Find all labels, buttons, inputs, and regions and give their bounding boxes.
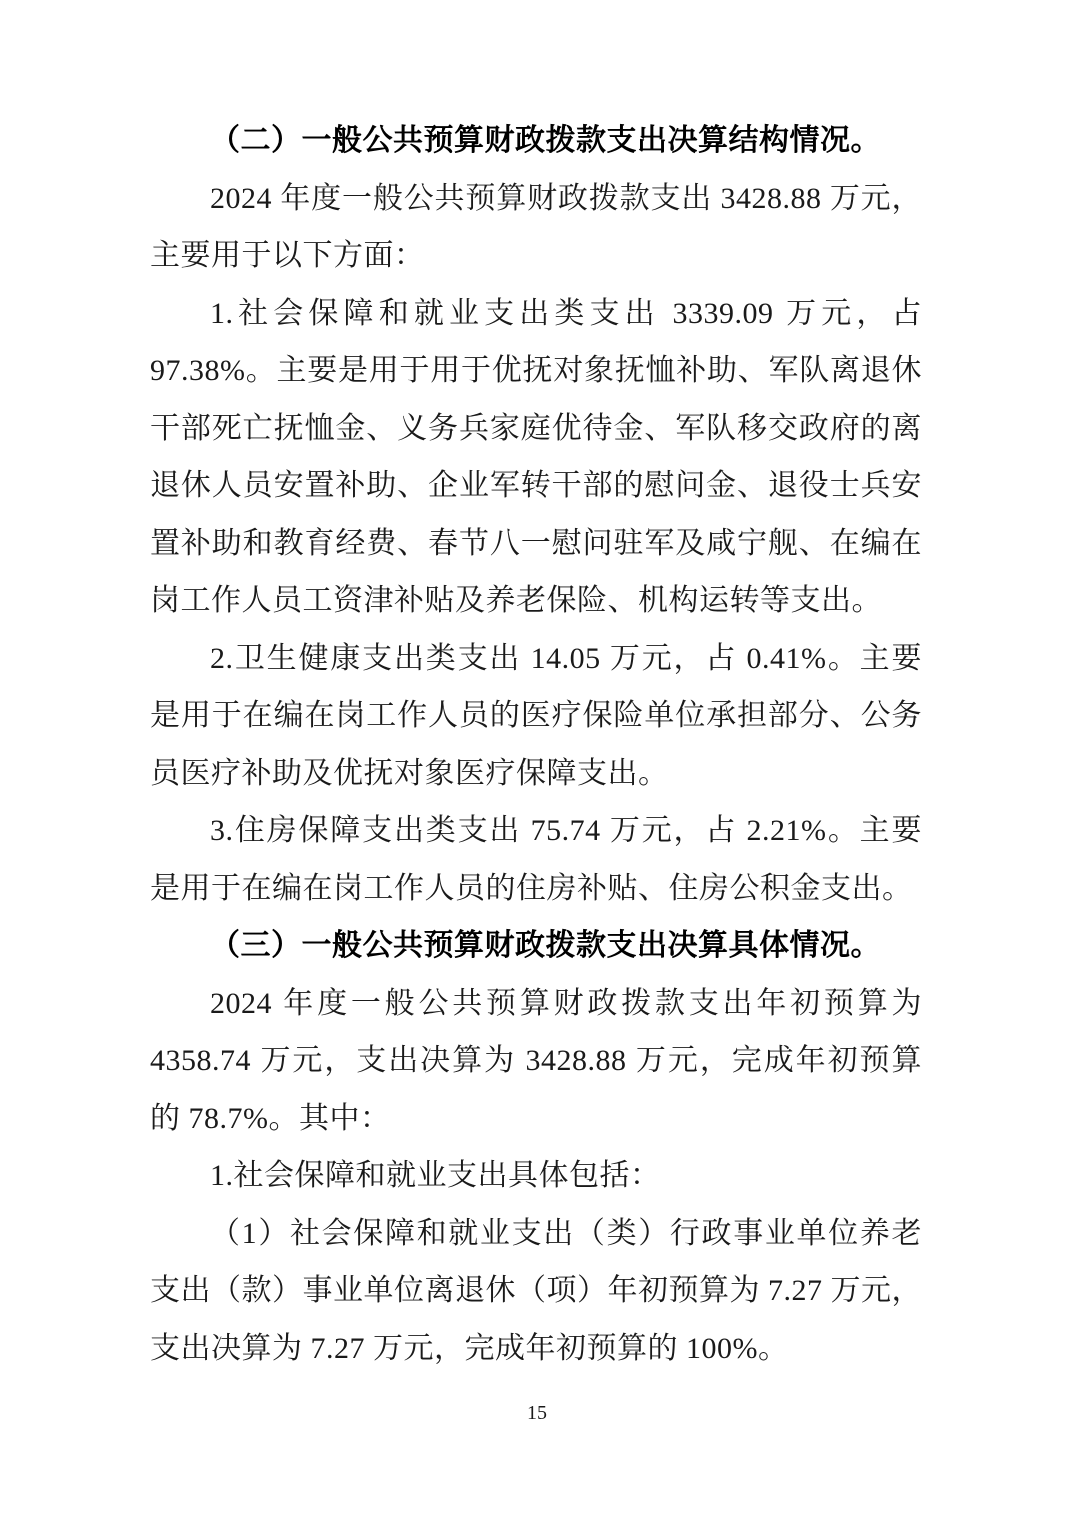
paragraph-pension-item-detail: （1）社会保障和就业支出（类）行政事业单位养老支出（款）事业单位离退休（项）年初… <box>150 1205 922 1378</box>
paragraph-housing-expenditure: 3.住房保障支出类支出 75.74 万元，占 2.21%。主要是用于在编在岗工作… <box>150 802 922 917</box>
page-number: 15 <box>0 1402 1074 1425</box>
document-page: （二）一般公共预算财政拨款支出决算结构情况。 2024 年度一般公共预算财政拨款… <box>0 0 1074 1520</box>
paragraph-total-expenditure: 2024 年度一般公共预算财政拨款支出 3428.88 万元，主要用于以下方面： <box>150 170 922 285</box>
paragraph-budget-completion: 2024 年度一般公共预算财政拨款支出年初预算为 4358.74 万元，支出决算… <box>150 975 922 1148</box>
paragraph-health-expenditure: 2.卫生健康支出类支出 14.05 万元，占 0.41%。主要是用于在编在岗工作… <box>150 630 922 803</box>
document-body: （二）一般公共预算财政拨款支出决算结构情况。 2024 年度一般公共预算财政拨款… <box>150 112 922 1377</box>
section-heading-expenditure-structure: （二）一般公共预算财政拨款支出决算结构情况。 <box>150 112 922 170</box>
paragraph-social-security-includes: 1.社会保障和就业支出具体包括： <box>150 1147 922 1205</box>
section-heading-expenditure-detail: （三）一般公共预算财政拨款支出决算具体情况。 <box>150 917 922 975</box>
paragraph-social-security-employment: 1.社会保障和就业支出类支出 3339.09 万元，占 97.38%。主要是用于… <box>150 285 922 630</box>
